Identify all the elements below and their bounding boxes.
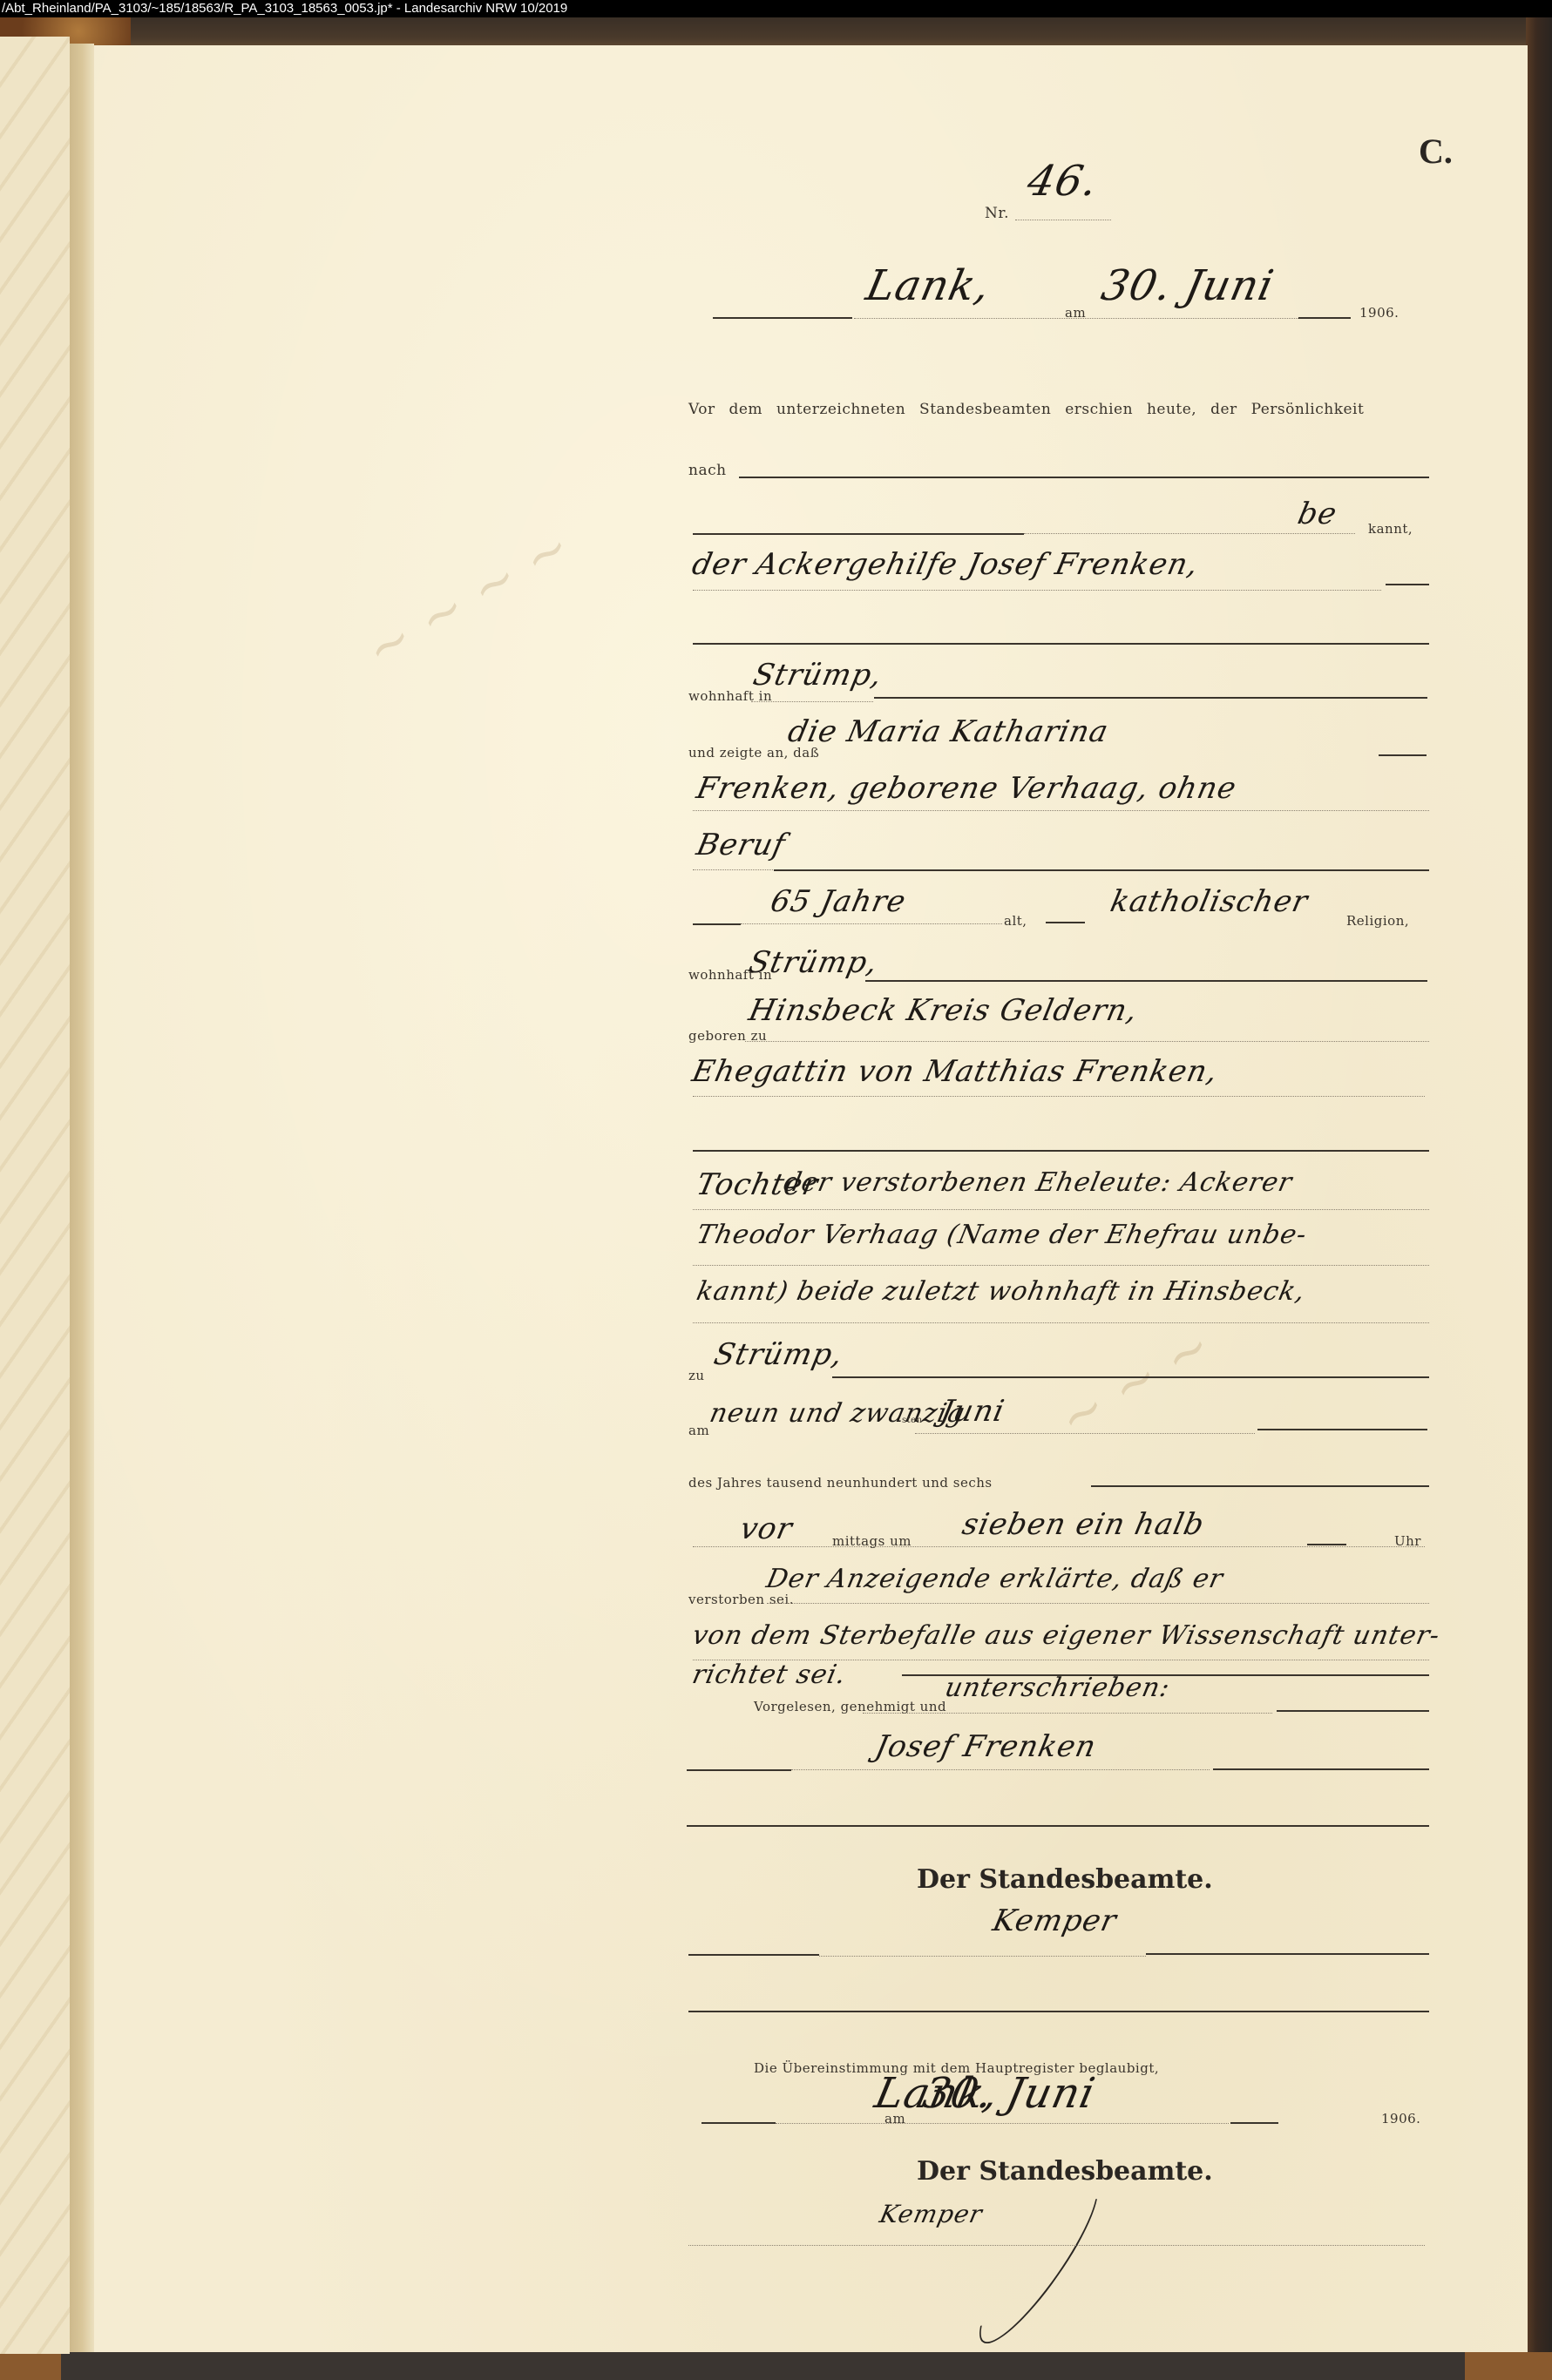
- nach-label: nach: [688, 462, 727, 479]
- dotted-line: [693, 1209, 1429, 1210]
- rule: [1386, 584, 1429, 585]
- deceased-age: 65 Jahre: [768, 884, 910, 919]
- signed-handwritten: unterschrieben:: [942, 1673, 1173, 1703]
- rule: [693, 533, 1024, 535]
- cert-year: 1906.: [1381, 2111, 1420, 2126]
- rule: [687, 1825, 1429, 1827]
- dotted-line: [776, 2123, 1229, 2124]
- dotted-line: [693, 810, 1429, 811]
- informant-name: der Ackergehilfe Josef Frenken,: [689, 547, 1202, 582]
- record-date: 30. Juni: [1097, 261, 1278, 310]
- dotted-line: [915, 1433, 1255, 1434]
- remark-line-3: richtet sei.: [689, 1660, 849, 1690]
- rule: [693, 643, 1429, 645]
- dotted-line: [693, 1322, 1429, 1323]
- death-time: sieben ein halb: [959, 1507, 1208, 1542]
- number-label: Nr.: [985, 205, 1009, 222]
- signature-flourish: [964, 2169, 1115, 2356]
- am-pm: vor: [737, 1511, 796, 1546]
- date-label: am: [1065, 305, 1086, 321]
- known-label: kannt,: [1368, 521, 1413, 537]
- rule: [1091, 1485, 1429, 1487]
- year-text: des Jahres tausend neunhundert und sechs: [688, 1475, 993, 1491]
- rule: [693, 1150, 1429, 1152]
- number-line: [1015, 220, 1111, 220]
- death-month: Juni: [938, 1394, 1008, 1429]
- dotted-line: [745, 1041, 1429, 1042]
- birthplace: Hinsbeck Kreis Geldern,: [746, 993, 1142, 1028]
- death-record-form: C. Nr. 46. Lank, am 30. Juni 1906. Vor d…: [0, 0, 1552, 2380]
- religion-label: Religion,: [1346, 913, 1409, 929]
- registrar-heading: Der Standesbeamte.: [917, 1864, 1213, 1895]
- rule: [1379, 754, 1427, 756]
- dotted-line: [693, 1096, 1425, 1097]
- intro-text: Vor dem unterzeichneten Standesbeamten e…: [688, 401, 1364, 418]
- rule: [1277, 1710, 1429, 1712]
- record-number: 46.: [1023, 157, 1102, 206]
- rule: [713, 317, 852, 319]
- rule: [832, 1376, 1429, 1378]
- rule: [874, 697, 1427, 699]
- rule: [1257, 1429, 1427, 1430]
- dotted-line: [819, 1956, 1146, 1957]
- remark-line-1: Der Anzeigende erklärte, daß er: [763, 1564, 1226, 1594]
- informant-signature: Josef Frenken: [872, 1729, 1100, 1764]
- dotted-line: [863, 1713, 1272, 1714]
- parents-line-2: Theodor Verhaag (Name der Ehefrau unbe-: [694, 1220, 1310, 1250]
- spouse-line: Ehegattin von Matthias Frenken,: [689, 1054, 1222, 1089]
- death-place: Strümp,: [711, 1337, 846, 1372]
- form-type-letter: C.: [1419, 131, 1453, 172]
- dotted-line: [693, 590, 1381, 591]
- deceased-line-3: Beruf: [694, 828, 789, 862]
- deceased-religion: katholischer: [1108, 884, 1311, 919]
- rule: [693, 923, 741, 925]
- deceased-residence: Strümp,: [746, 945, 881, 980]
- rule: [1213, 1768, 1429, 1770]
- informant-residence: Strümp,: [750, 658, 885, 693]
- rule: [688, 1954, 819, 1956]
- record-year: 1906.: [1359, 305, 1399, 321]
- dotted-line: [791, 1769, 1210, 1770]
- rule: [739, 477, 1429, 478]
- dotted-line: [688, 2245, 1425, 2246]
- dotted-line: [767, 1603, 1429, 1604]
- rule: [1146, 1953, 1429, 1955]
- rule: [1230, 2122, 1278, 2124]
- dotted-line: [1024, 533, 1355, 534]
- deceased-line-1: die Maria Katharina: [785, 714, 1112, 749]
- known-handwritten: be: [1295, 497, 1340, 531]
- rule: [1046, 922, 1085, 923]
- cert-date: 30. Juni: [918, 2069, 1100, 2118]
- age-label: alt,: [1004, 913, 1027, 929]
- rule: [1298, 317, 1351, 319]
- rule: [865, 980, 1427, 982]
- dotted-line: [693, 1265, 1429, 1266]
- deceased-line-2: Frenken, geborene Verhaag, ohne: [694, 771, 1240, 806]
- parents-line-1b: der verstorbenen Eheleute: Ackerer: [781, 1167, 1295, 1198]
- cert-signature: Kemper: [877, 2200, 985, 2228]
- rule: [701, 2122, 776, 2124]
- date-line: [854, 318, 1342, 319]
- uhr-label: Uhr: [1394, 1533, 1421, 1549]
- cert-date-label: am: [884, 2111, 905, 2126]
- dotted-line: [741, 923, 1002, 924]
- dotted-line: [751, 701, 873, 702]
- cert-heading: Der Standesbeamte.: [917, 2156, 1213, 2187]
- rule: [774, 869, 1429, 871]
- death-day: neun und zwanzig: [707, 1398, 967, 1429]
- rule: [1307, 1544, 1346, 1545]
- rule: [688, 2011, 1429, 2012]
- remark-line-2: von dem Sterbefalle aus eigener Wissensc…: [689, 1620, 1443, 1651]
- record-place: Lank,: [862, 261, 995, 310]
- death-place-label: zu: [688, 1368, 705, 1383]
- parents-line-3: kannt) beide zuletzt wohnhaft in Hinsbec…: [694, 1276, 1308, 1307]
- rule: [687, 1769, 791, 1771]
- death-day-suffix: sten: [902, 1416, 923, 1425]
- dotted-line: [693, 1546, 1425, 1547]
- death-day-label: am: [688, 1423, 709, 1438]
- registrar-signature: Kemper: [990, 1903, 1121, 1938]
